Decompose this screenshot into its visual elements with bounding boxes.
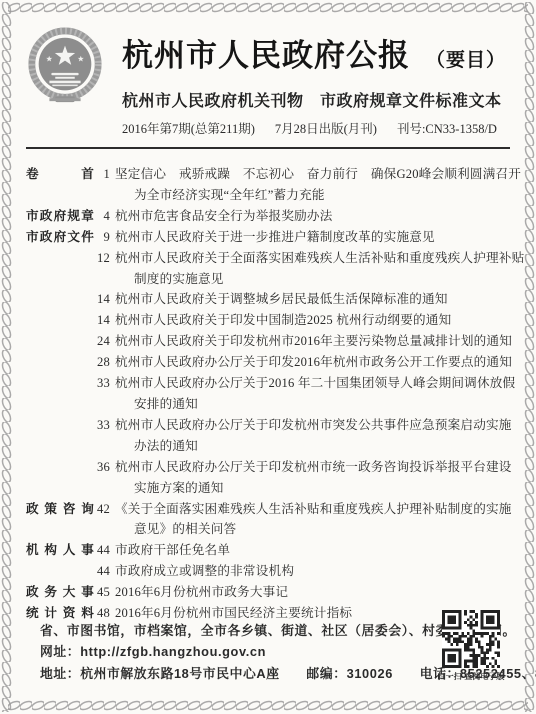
qr-block: 扫一扫·查阅电子版 xyxy=(436,610,506,682)
entry-title: 杭州市人民政府关于印发中国制造2025 杭州行动纲要的通知 xyxy=(112,310,451,331)
page-number xyxy=(94,185,112,206)
entry-title: 《关于全面落实困难残疾人生活补贴和重度残疾人护理补贴制度的实施 xyxy=(112,499,512,520)
page-number: 42 xyxy=(94,499,112,520)
toc-row: 33杭州市人民政府办公厅关于印发杭州市突发公共事件应急预案启动实施 xyxy=(26,415,512,436)
gazette-title: 杭州市人民政府公报 xyxy=(122,30,410,75)
section-label xyxy=(26,331,94,352)
section-label: 政策咨询 xyxy=(26,499,94,520)
footer-lines: 省、市图书馆，市档案馆，全市各乡镇、街道、社区（居委会）、村委会可查阅。网址：h… xyxy=(40,620,418,685)
page-number: 14 xyxy=(94,289,112,310)
page-content: 杭州市人民政府公报 （要目） 杭州市人民政府机关刊物 市政府规章文件标准文本 2… xyxy=(14,12,522,700)
section-label xyxy=(26,269,94,290)
toc-row: 办法的通知 xyxy=(26,436,512,457)
chain-border-left xyxy=(1,2,12,712)
entry-title: 为全市经济实现“全年红”蓄力充能 xyxy=(112,185,325,206)
page-number: 24 xyxy=(94,331,112,352)
footer-line: 地址：杭州市解放东路18号市民中心A座 邮编：310026 电话：8525245… xyxy=(40,663,418,685)
gazette-subtitle: 杭州市人民政府机关刊物 市政府规章文件标准文本 xyxy=(122,88,516,111)
gazette-title-suffix: （要目） xyxy=(426,45,506,72)
toc-row: 33杭州市人民政府办公厅关于2016 年二十国集团领导人峰会期间调休放假 xyxy=(26,373,512,394)
entry-title: 安排的通知 xyxy=(112,394,198,415)
section-label: 市政府文件 xyxy=(26,227,94,248)
issue-meta-row: 2016年第7期(总第211期) 7月28日出版(月刊) 刊号:CN33-135… xyxy=(122,119,516,137)
masthead-text: 杭州市人民政府公报 （要目） 杭州市人民政府机关刊物 市政府规章文件标准文本 2… xyxy=(104,24,516,137)
section-label: 机构人事 xyxy=(26,540,94,561)
entry-title: 市政府干部任免名单 xyxy=(112,540,230,561)
entry-title: 杭州市人民政府办公厅关于2016 年二十国集团领导人峰会期间调休放假 xyxy=(112,373,515,394)
section-label: 市政府规章 xyxy=(26,206,94,227)
section-label xyxy=(26,478,94,499)
page-number xyxy=(94,519,112,540)
toc-row: 12杭州市人民政府关于全面落实困难残疾人生活补贴和重度残疾人护理补贴 xyxy=(26,248,512,269)
toc-row: 市政府文件9杭州市人民政府关于进一步推进户籍制度改革的实施意见 xyxy=(26,227,512,248)
section-label xyxy=(26,310,94,331)
entry-title: 2016年6月份杭州市政务大事记 xyxy=(112,582,288,603)
entry-title: 杭州市人民政府关于进一步推进户籍制度改革的实施意见 xyxy=(112,227,435,248)
page-number: 1 xyxy=(94,164,112,185)
toc-row: 14杭州市人民政府关于调整城乡居民最低生活保障标准的通知 xyxy=(26,289,512,310)
entry-title: 办法的通知 xyxy=(112,436,198,457)
entry-title: 杭州市人民政府关于印发杭州市2016年主要污染物总量减排计划的通知 xyxy=(112,331,512,352)
issue-number: 2016年第7期(总第211期) xyxy=(122,119,255,137)
page-number: 4 xyxy=(94,206,112,227)
section-label xyxy=(26,394,94,415)
page-number: 36 xyxy=(94,457,112,478)
national-emblem-icon xyxy=(26,24,104,112)
toc-row: 市政府规章4杭州市危害食品安全行为举报奖励办法 xyxy=(26,206,512,227)
title-row: 杭州市人民政府公报 （要目） xyxy=(122,30,516,75)
page-number: 33 xyxy=(94,415,112,436)
page-number: 44 xyxy=(94,540,112,561)
page-number: 28 xyxy=(94,352,112,373)
toc-row: 制度的实施意见 xyxy=(26,269,512,290)
page-number xyxy=(94,478,112,499)
section-label xyxy=(26,519,94,540)
entry-title: 市政府成立或调整的非常设机构 xyxy=(112,561,294,582)
toc: 卷首1坚定信心 戒骄戒躁 不忘初心 奋力前行 确保G20峰会顺利圆满召开为全市经… xyxy=(26,164,512,624)
page-number: 44 xyxy=(94,561,112,582)
page-number: 9 xyxy=(94,227,112,248)
entry-title: 杭州市危害食品安全行为举报奖励办法 xyxy=(112,206,333,227)
section-label: 卷首 xyxy=(26,164,94,185)
gazette-cover-page: 杭州市人民政府公报 （要目） 杭州市人民政府机关刊物 市政府规章文件标准文本 2… xyxy=(0,0,536,714)
section-label xyxy=(26,352,94,373)
entry-title: 杭州市人民政府关于全面落实困难残疾人生活补贴和重度残疾人护理补贴 xyxy=(112,248,524,269)
chain-border-bottom xyxy=(8,700,528,711)
qr-caption: 扫一扫·查阅电子版 xyxy=(436,671,506,682)
entry-title: 杭州市人民政府办公厅关于印发杭州市统一政务咨询投诉举报平台建设 xyxy=(112,457,512,478)
entry-title: 坚定信心 戒骄戒躁 不忘初心 奋力前行 确保G20峰会顺利圆满召开 xyxy=(112,164,521,185)
header-divider xyxy=(26,147,510,149)
toc-row: 意见》的相关问答 xyxy=(26,519,512,540)
section-label xyxy=(26,248,94,269)
section-label: 政务大事 xyxy=(26,582,94,603)
section-label xyxy=(26,289,94,310)
toc-row: 机构人事44市政府干部任免名单 xyxy=(26,540,512,561)
publish-date: 7月28日出版(月刊) xyxy=(275,119,377,137)
toc-row: 实施方案的通知 xyxy=(26,478,512,499)
page-number xyxy=(94,269,112,290)
entry-title: 制度的实施意见 xyxy=(112,269,224,290)
toc-row: 安排的通知 xyxy=(26,394,512,415)
chain-border-right xyxy=(524,2,535,712)
toc-row: 28杭州市人民政府办公厅关于印发2016年杭州市政务公开工作要点的通知 xyxy=(26,352,512,373)
serial-number: 刊号:CN33-1358/D xyxy=(397,119,497,137)
entry-title: 意见》的相关问答 xyxy=(112,519,236,540)
page-number xyxy=(94,436,112,457)
footer-line: 网址：http://zfgb.hangzhou.gov.cn xyxy=(40,641,418,663)
toc-row: 卷首1坚定信心 戒骄戒躁 不忘初心 奋力前行 确保G20峰会顺利圆满召开 xyxy=(26,164,512,185)
entry-title: 杭州市人民政府办公厅关于印发杭州市突发公共事件应急预案启动实施 xyxy=(112,415,512,436)
entry-title: 杭州市人民政府关于调整城乡居民最低生活保障标准的通知 xyxy=(112,289,448,310)
toc-row: 为全市经济实现“全年红”蓄力充能 xyxy=(26,185,512,206)
toc-row: 政策咨询42《关于全面落实困难残疾人生活补贴和重度残疾人护理补贴制度的实施 xyxy=(26,499,512,520)
qr-code-icon xyxy=(442,610,500,668)
toc-row: 14杭州市人民政府关于印发中国制造2025 杭州行动纲要的通知 xyxy=(26,310,512,331)
section-label xyxy=(26,436,94,457)
page-number: 45 xyxy=(94,582,112,603)
section-label xyxy=(26,373,94,394)
section-label xyxy=(26,185,94,206)
footer-line: 省、市图书馆，市档案馆，全市各乡镇、街道、社区（居委会）、村委会可查阅。 xyxy=(40,620,418,642)
section-label xyxy=(26,457,94,478)
entry-title: 实施方案的通知 xyxy=(112,478,224,499)
toc-row: 44市政府成立或调整的非常设机构 xyxy=(26,561,512,582)
section-label xyxy=(26,561,94,582)
toc-row: 24杭州市人民政府关于印发杭州市2016年主要污染物总量减排计划的通知 xyxy=(26,331,512,352)
toc-row: 政务大事452016年6月份杭州市政务大事记 xyxy=(26,582,512,603)
page-number: 33 xyxy=(94,373,112,394)
page-number: 12 xyxy=(94,248,112,269)
section-label xyxy=(26,415,94,436)
page-number: 14 xyxy=(94,310,112,331)
toc-row: 36杭州市人民政府办公厅关于印发杭州市统一政务咨询投诉举报平台建设 xyxy=(26,457,512,478)
page-number xyxy=(94,394,112,415)
masthead: 杭州市人民政府公报 （要目） 杭州市人民政府机关刊物 市政府规章文件标准文本 2… xyxy=(14,12,522,137)
entry-title: 杭州市人民政府办公厅关于印发2016年杭州市政务公开工作要点的通知 xyxy=(112,352,512,373)
